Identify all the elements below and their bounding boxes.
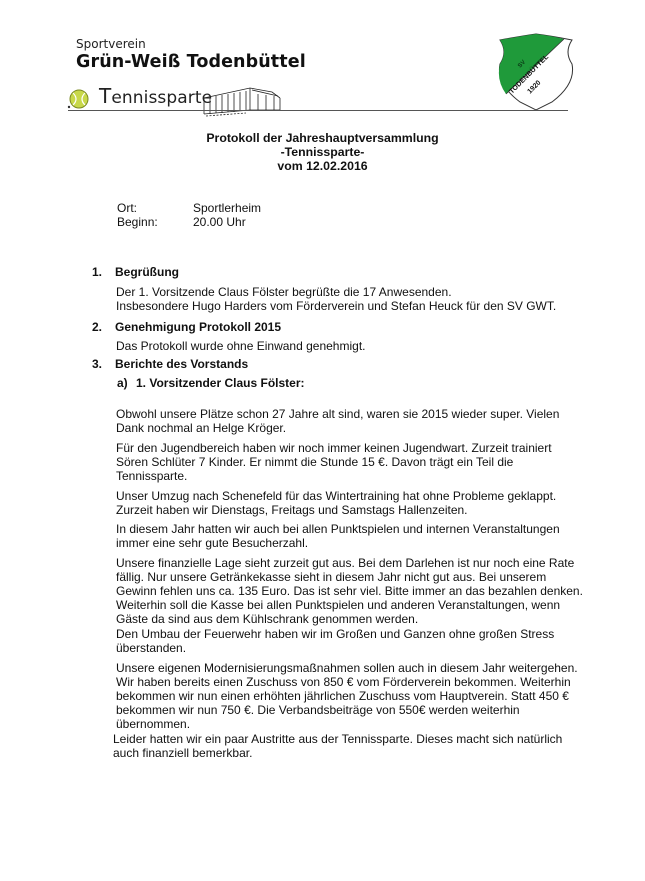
meta-value-start: 20.00 Uhr xyxy=(193,215,246,229)
report-paragraph: Für den Jugendbereich haben wir noch imm… xyxy=(116,441,586,483)
tennis-ball-icon xyxy=(67,88,89,110)
header-divider xyxy=(68,110,568,111)
section-number: 1. xyxy=(92,265,102,279)
section-title-board-reports: Berichte des Vorstands xyxy=(115,357,248,371)
greeting-line: Der 1. Vorsitzende Claus Fölster begrüßt… xyxy=(116,285,586,299)
report-paragraph: Unsere eigenen Modernisierungsmaßnahmen … xyxy=(116,661,586,731)
club-name: Grün-Weiß Todenbüttel xyxy=(76,52,306,72)
meta-label-start: Beginn: xyxy=(117,215,158,229)
section-number: 3. xyxy=(92,357,102,371)
club-prefix: Sportverein xyxy=(76,37,146,51)
document-subtitle: -Tennissparte- xyxy=(0,145,645,159)
meta-label-location: Ort: xyxy=(117,201,137,215)
section-title-minutes-approval: Genehmigung Protokoll 2015 xyxy=(115,320,281,334)
document-title: Protokoll der Jahreshauptversammlung xyxy=(0,131,645,145)
report-paragraph: Leider hatten wir ein paar Austritte aus… xyxy=(113,732,583,760)
report-paragraph: Unser Umzug nach Schenefeld für das Wint… xyxy=(116,489,586,517)
document-date: vom 12.02.2016 xyxy=(0,159,645,173)
section-title-greeting: Begrüßung xyxy=(115,265,179,279)
report-paragraph: Den Umbau der Feuerwehr haben wir im Gro… xyxy=(116,627,586,655)
section-rest: ennissparte xyxy=(111,88,212,108)
report-paragraph: Obwohl unsere Plätze schon 27 Jahre alt … xyxy=(116,407,586,435)
subsection-title: 1. Vorsitzender Claus Fölster: xyxy=(136,376,305,390)
approval-line: Das Protokoll wurde ohne Einwand genehmi… xyxy=(116,339,586,353)
report-paragraph: In diesem Jahr hatten wir auch bei allen… xyxy=(116,522,586,550)
subsection-label: a) xyxy=(117,376,128,390)
meta-value-location: Sportlerheim xyxy=(193,201,261,215)
report-paragraph: Unsere finanzielle Lage sieht zurzeit gu… xyxy=(116,556,586,626)
clubhouse-drawing-icon xyxy=(200,80,290,120)
section-name: Tennissparte xyxy=(99,84,212,108)
section-initial: T xyxy=(99,84,111,108)
club-crest-icon: SV TODENBÜTTEL 1920 xyxy=(492,32,580,112)
section-number: 2. xyxy=(92,320,102,334)
greeting-line: Insbesondere Hugo Harders vom Fördervere… xyxy=(116,299,616,313)
